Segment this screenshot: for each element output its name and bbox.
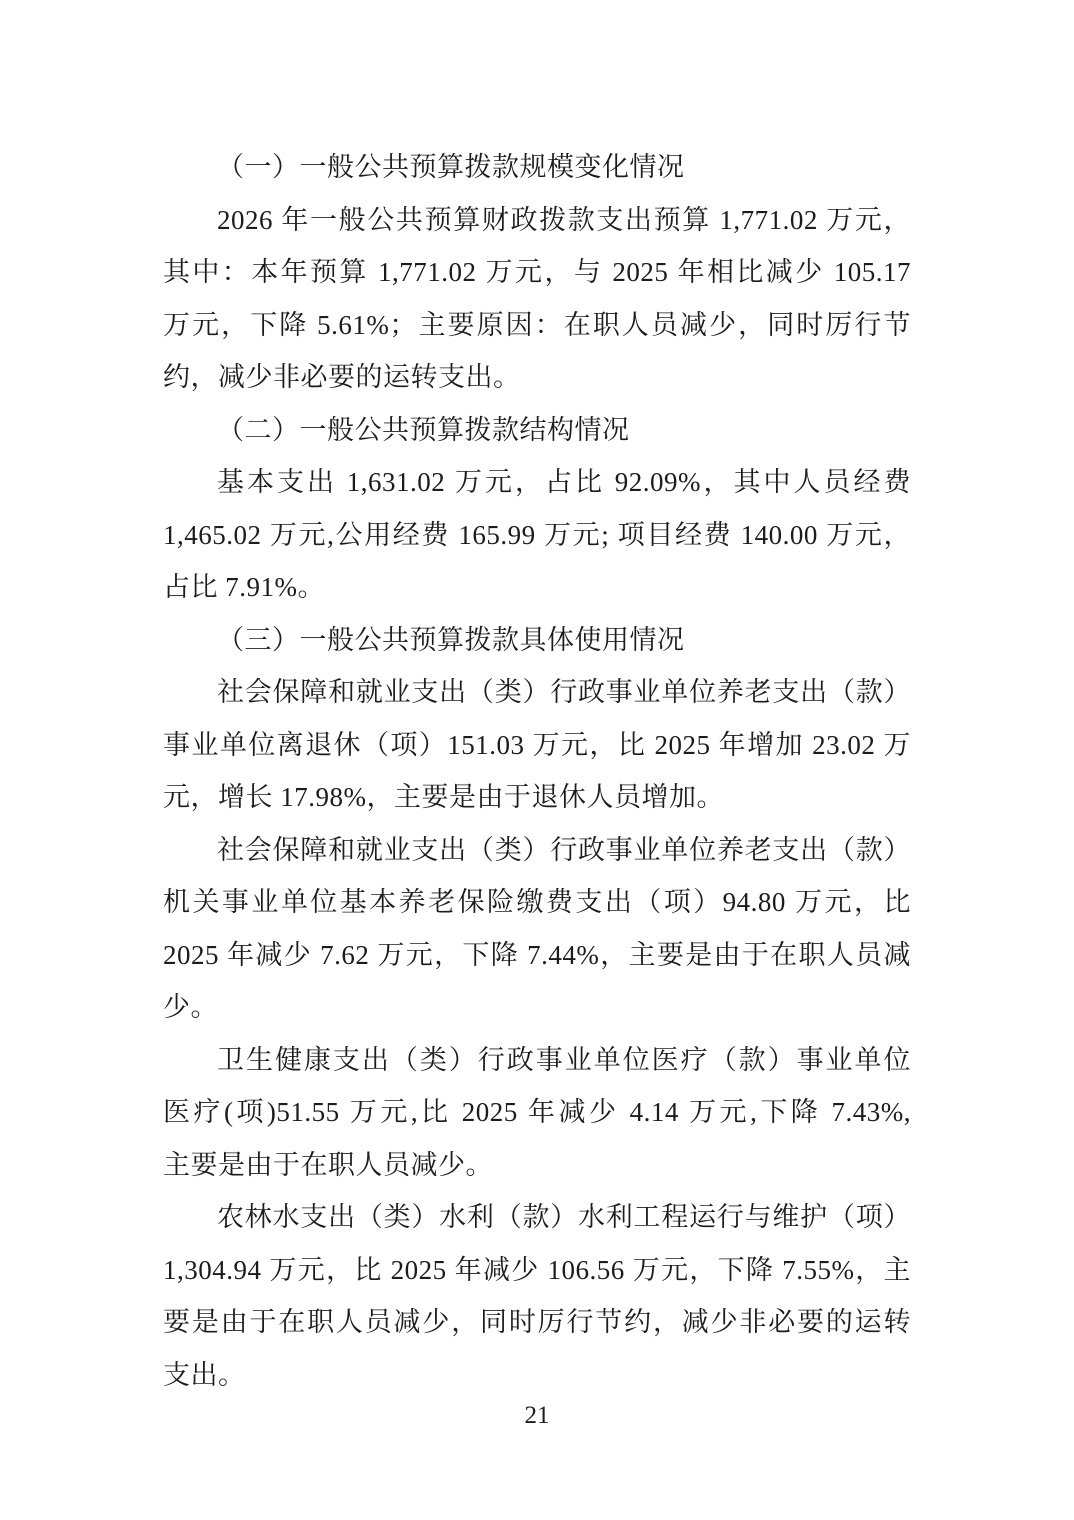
text-line: （一）一般公共预算拨款规模变化情况	[163, 141, 911, 194]
section-heading-2: （二）一般公共预算拨款结构情况	[163, 404, 911, 457]
text-line: 机关事业单位基本养老保险缴费支出（项）94.80 万元，比	[163, 876, 911, 929]
text-line: 少。	[163, 981, 911, 1034]
paragraph-health-expenditure: 卫生健康支出（类）行政事业单位医疗（款）事业单位医疗(项)51.55 万元,比 …	[163, 1034, 911, 1192]
text-line: 医疗(项)51.55 万元,比 2025 年减少 4.14 万元,下降 7.43…	[163, 1086, 911, 1139]
text-line: 事业单位离退休（项）151.03 万元，比 2025 年增加 23.02 万	[163, 719, 911, 772]
paragraph-social-security-retirement: 社会保障和就业支出（类）行政事业单位养老支出（款）事业单位离退休（项）151.0…	[163, 666, 911, 824]
text-line: 要是由于在职人员减少，同时厉行节约，减少非必要的运转	[163, 1296, 911, 1349]
text-line: 1,465.02 万元,公用经费 165.99 万元; 项目经费 140.00 …	[163, 509, 911, 562]
text-line: 约，减少非必要的运转支出。	[163, 351, 911, 404]
text-line: 元，增长 17.98%，主要是由于退休人员增加。	[163, 771, 911, 824]
text-line: 农林水支出（类）水利（款）水利工程运行与维护（项）	[163, 1191, 911, 1244]
text-line: （三）一般公共预算拨款具体使用情况	[163, 614, 911, 667]
text-line: 2026 年一般公共预算财政拨款支出预算 1,771.02 万元，	[163, 194, 911, 247]
document-body: （一）一般公共预算拨款规模变化情况2026 年一般公共预算财政拨款支出预算 1,…	[163, 141, 911, 1401]
document-page: （一）一般公共预算拨款规模变化情况2026 年一般公共预算财政拨款支出预算 1,…	[0, 0, 1074, 1520]
text-line: 占比 7.91%。	[163, 561, 911, 614]
text-line: 基本支出 1,631.02 万元，占比 92.09%，其中人员经费	[163, 456, 911, 509]
paragraph-social-security-pension-insurance: 社会保障和就业支出（类）行政事业单位养老支出（款）机关事业单位基本养老保险缴费支…	[163, 824, 911, 1034]
page-footer: 21	[0, 1398, 1074, 1434]
text-line: 1,304.94 万元，比 2025 年减少 106.56 万元，下降 7.55…	[163, 1244, 911, 1297]
text-line: 社会保障和就业支出（类）行政事业单位养老支出（款）	[163, 824, 911, 877]
text-line: 卫生健康支出（类）行政事业单位医疗（款）事业单位	[163, 1034, 911, 1087]
text-line: 万元，下降 5.61%；主要原因：在职人员减少，同时厉行节	[163, 299, 911, 352]
paragraph-agriculture-water-expenditure: 农林水支出（类）水利（款）水利工程运行与维护（项）1,304.94 万元，比 2…	[163, 1191, 911, 1401]
text-line: 社会保障和就业支出（类）行政事业单位养老支出（款）	[163, 666, 911, 719]
paragraph-budget-structure: 基本支出 1,631.02 万元，占比 92.09%，其中人员经费1,465.0…	[163, 456, 911, 614]
text-line: （二）一般公共预算拨款结构情况	[163, 404, 911, 457]
text-line: 支出。	[163, 1349, 911, 1402]
paragraph-budget-scale: 2026 年一般公共预算财政拨款支出预算 1,771.02 万元，其中：本年预算…	[163, 194, 911, 404]
section-heading-1: （一）一般公共预算拨款规模变化情况	[163, 141, 911, 194]
text-line: 其中：本年预算 1,771.02 万元，与 2025 年相比减少 105.17	[163, 246, 911, 299]
text-line: 主要是由于在职人员减少。	[163, 1139, 911, 1192]
text-line: 2025 年减少 7.62 万元，下降 7.44%，主要是由于在职人员减	[163, 929, 911, 982]
section-heading-3: （三）一般公共预算拨款具体使用情况	[163, 614, 911, 667]
page-number: 21	[525, 1402, 550, 1429]
